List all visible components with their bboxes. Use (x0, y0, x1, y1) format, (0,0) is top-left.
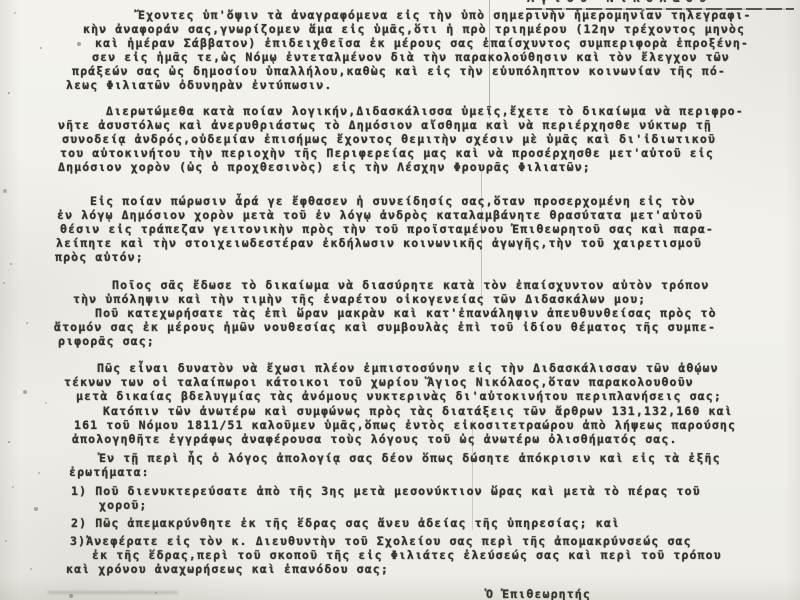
scanned-document-page: Ἁγίου Νικολάου Ἔχοντες ὑπ'ὄψιν τὰ ἀναγρα… (0, 0, 800, 600)
document-text-line: πρὸς αὐτόν; (55, 250, 144, 264)
document-text-line: Διερωτώμεθα κατὰ ποίαν λογικήν,Διδασκάλι… (106, 104, 744, 118)
document-text-line: κὴν ἀναφοράν σας,γνωρίζομεν ἅμα εἰς ὑμᾶς… (83, 22, 745, 36)
document-text-line: Ποῦ κατεχωρήσατε τὰς ἐπὶ ὥραν μακρὰν καὶ… (95, 306, 717, 320)
document-text-line: λείπητε καὶ τὴν στοιχειωδεστέραν ἐκδήλωσ… (56, 236, 702, 250)
document-text-line: Εἰς ποίαν πώρωσιν ἆρά γε ἔφθασεν ἡ συνεί… (90, 194, 696, 208)
scan-streak (48, 591, 178, 594)
document-text-line: μετὰ δικαίας βδελυγμίας τὰς ἀνόμους νυκτ… (76, 389, 722, 403)
document-text-line: θέσιν εἰς τράπεζαν γειτονικὴν πρὸς τὴν τ… (60, 222, 714, 236)
document-text-line: ἐρωτήματα: (69, 465, 150, 479)
document-text-line: Ἐν τῇ περὶ ἧς ὁ λόγος ἀπολογίᾳ σας δέον … (99, 451, 721, 465)
signature-title: Ὁ Ἐπιθεωρητής (486, 587, 591, 600)
document-text-line: συνοδείᾳ ἀνδρός,οὐδεμίαν ἐπισήμως ἔχοντο… (62, 132, 716, 146)
document-text-line: πράξεών σας ὡς δημοσίου ὑπαλλήλου,καθὼς … (72, 64, 726, 78)
document-text-line: ἐκ τῆς ἕδρας,περὶ τοῦ σκοποῦ τῆς εἰς Φιλ… (92, 548, 722, 562)
document-text-line: χοροῦ; (99, 498, 147, 512)
document-text-line: Πῶς εἶναι δυνατὸν νὰ ἔχωσι πλέον ἐμπιστο… (97, 361, 719, 375)
document-text-line: ἄτομόν σας ἐκ μέρους ἡμῶν νουθεσίας καὶ … (54, 320, 716, 334)
document-text-line: καὶ χρόνου ἀναχωρήσεως καὶ ἐπανόδου σας; (66, 562, 389, 576)
document-text-line: σεν εἰς ἡμᾶς τε,ὡς Νόμῳ ἐντεταλμένον διὰ… (92, 50, 730, 64)
document-text-line: ἀπολογηθῆτε ἐγγράφως ἀναφέρουσα τοὺς λόγ… (72, 432, 678, 446)
scan-speckles (0, 0, 2, 2)
document-text-line: νῆτε ἀσυστόλως καὶ ἀνερυθριάστως τὸ Δημό… (58, 118, 712, 132)
document-text-line: Ποῖος σᾶς ἔδωσε τὸ δικαίωμα νὰ διασύρητε… (112, 278, 709, 292)
document-text-line: λεως Φιλιατῶν ὀδυνηρὰν ἐντύπωσιν. (66, 78, 332, 92)
document-text-line: Κατόπιν τῶν ἀνωτέρω καὶ συμφώνως πρὸς τὰ… (103, 404, 733, 418)
document-text-line: 2) Πῶς ἀπεμακρύνθητε ἐκ τῆς ἕδρας σας ἄν… (71, 516, 620, 530)
document-text-line: ριφορᾶς σας; (58, 334, 155, 348)
document-text-line: Δημόσιον χορὸν (ὡς ὁ προχθεσινὸς) εἰς τὴ… (58, 160, 591, 174)
document-text-line: τὴν ὑπόληψιν καὶ τὴν τιμὴν τῆς ἐναρέτου … (73, 292, 646, 306)
document-text-line: του αὐτοκινήτου τὴν περιοχὴν τῆς Περιφερ… (60, 146, 714, 160)
document-text-line: ἐν λόγῳ Δημόσιον χορὸν μετὰ τοῦ ἐν λόγῳ … (57, 208, 703, 222)
document-text-line: 3)Ἀνεφέρατε εἰς τὸν κ. Διευθυντὴν τοῦ Σχ… (70, 534, 692, 548)
document-text-line: 1) Ποῦ διενυκτερεύσατε ἀπὸ τῆς 3ης μετὰ … (71, 484, 701, 498)
letterhead-fragment: Ἁγίου Νικολάου (527, 0, 712, 5)
document-text-line: 161 τοῦ Νόμου 1811/51 καλοῦμεν ὑμᾶς,ὅπως… (74, 418, 736, 432)
document-text-line: Ἔχοντες ὑπ'ὄψιν τὰ ἀναγραφόμενα εἰς τὴν … (138, 8, 752, 22)
document-text-line: καὶ ἡμέραν Σάββατον) ἐπιδειχθεῖσα ἐκ μέρ… (95, 36, 749, 50)
document-text-line: τέκνων των οἱ ταλαίπωροι κάτοικοι τοῦ χω… (64, 375, 694, 389)
